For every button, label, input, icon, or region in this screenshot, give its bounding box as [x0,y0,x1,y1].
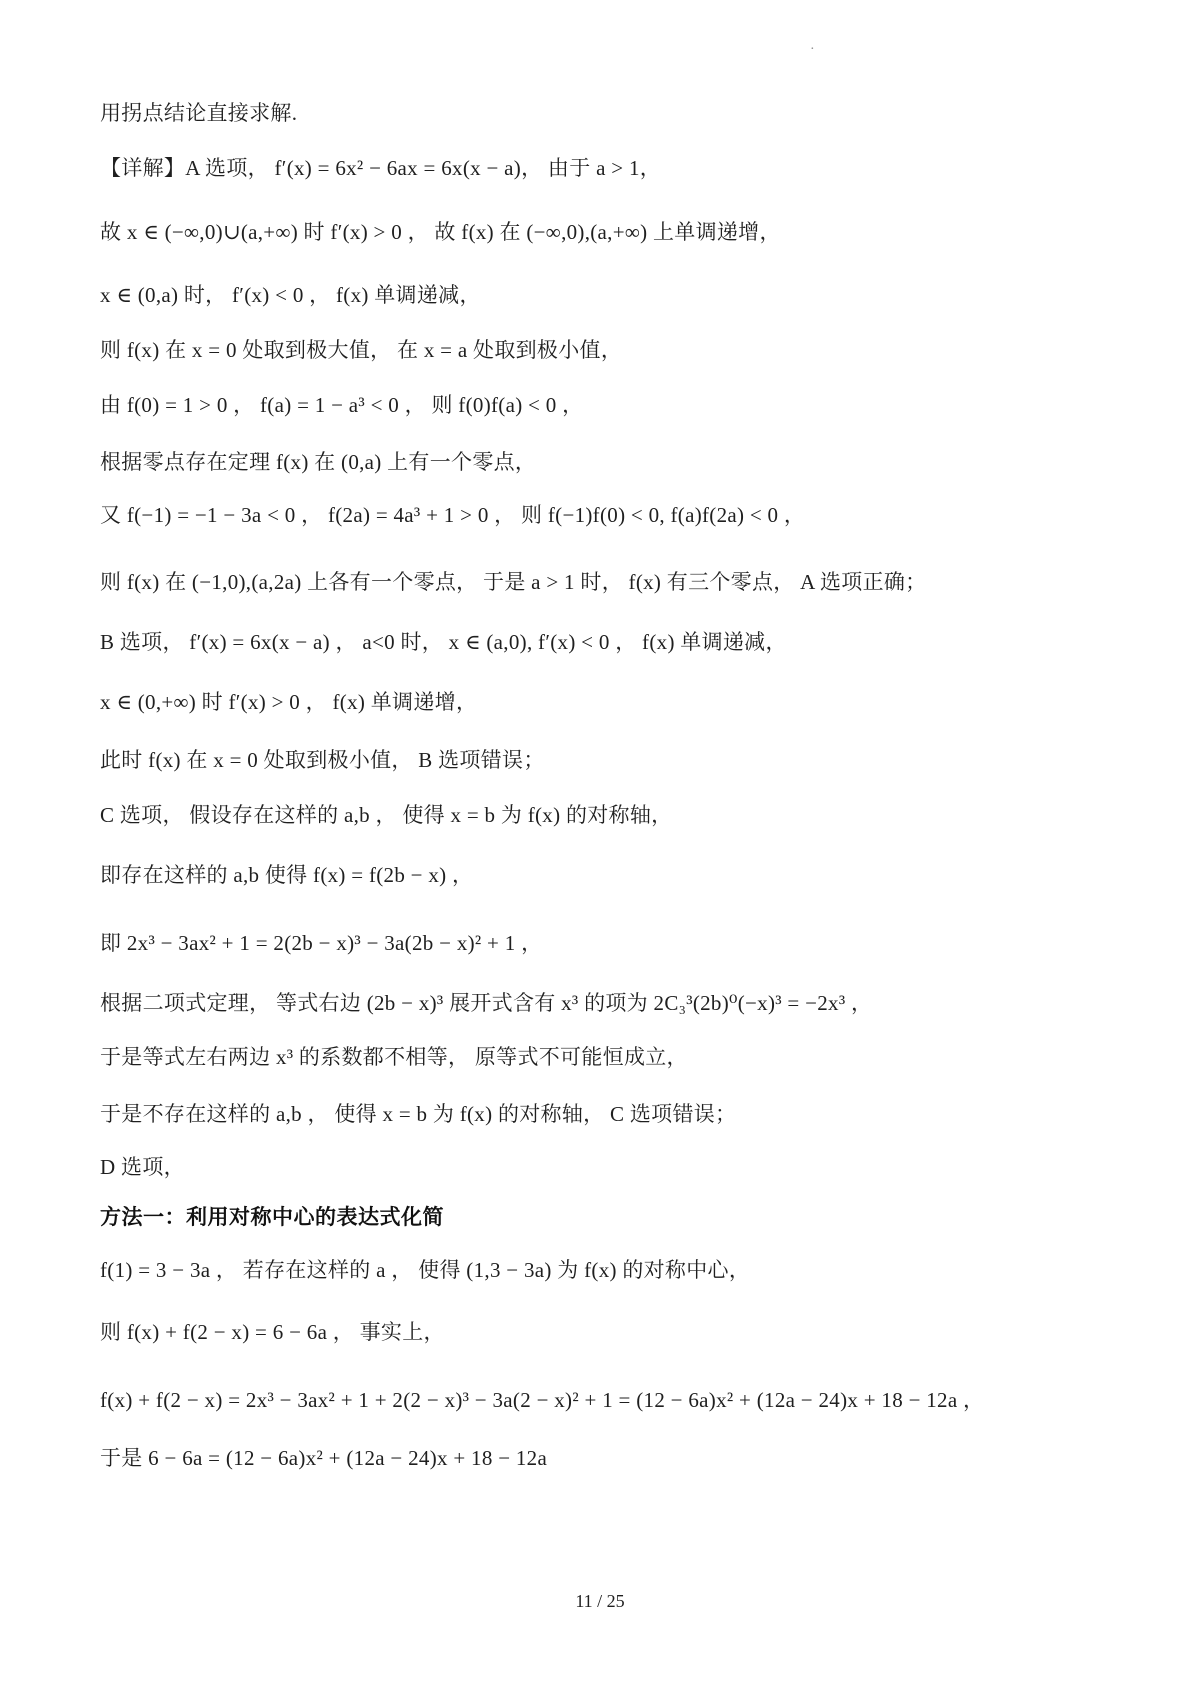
text-line: x ∈ (0,+∞) 时 f′(x) > 0 ， f(x) 单调递增， [100,688,1140,716]
text-line: 于是 6 − 6a = (12 − 6a)x² + (12a − 24)x + … [100,1444,1140,1472]
text-line: f(1) = 3 − 3a ， 若存在这样的 a ， 使得 (1,3 − 3a)… [100,1256,1140,1284]
text-line: 【详解】A 选项， f′(x) = 6x² − 6ax = 6x(x − a)，… [100,154,1140,182]
text-line: 于是不存在这样的 a,b ， 使得 x = b 为 f(x) 的对称轴， C 选… [100,1100,1140,1128]
text-line: 则 f(x) + f(2 − x) = 6 − 6a ， 事实上， [100,1318,1140,1346]
document-page: · 用拐点结论直接求解. 【详解】A 选项， f′(x) = 6x² − 6ax… [0,0,1200,1697]
page-number: 11 / 25 [0,1589,1200,1613]
text-line: 则 f(x) 在 (−1,0),(a,2a) 上各有一个零点， 于是 a > 1… [100,568,1140,596]
text-line: 即 2x³ − 3ax² + 1 = 2(2b − x)³ − 3a(2b − … [100,929,1140,957]
text-line: 根据零点存在定理 f(x) 在 (0,a) 上有一个零点， [100,448,1140,476]
text-line: x ∈ (0,a) 时， f′(x) < 0 ， f(x) 单调递减， [100,281,1140,309]
method-heading: 方法一：利用对称中心的表达式化简 [100,1204,1140,1232]
text-line: 此时 f(x) 在 x = 0 处取到极小值， B 选项错误； [100,746,1140,774]
text-line: D 选项， [100,1153,1140,1181]
text-line: 故 x ∈ (−∞,0)∪(a,+∞) 时 f′(x) > 0 ， 故 f(x)… [100,218,1140,246]
text-line: 即存在这样的 a,b 使得 f(x) = f(2b − x) ， [100,861,1140,889]
stray-dot-artifact: · [810,42,815,58]
text-line: 由 f(0) = 1 > 0 ， f(a) = 1 − a³ < 0 ， 则 f… [100,391,1140,419]
text-line: 又 f(−1) = −1 − 3a < 0 ， f(2a) = 4a³ + 1 … [100,501,1140,529]
text-line: 于是等式左右两边 x³ 的系数都不相等， 原等式不可能恒成立， [100,1043,1140,1071]
text-line: C 选项， 假设存在这样的 a,b ， 使得 x = b 为 f(x) 的对称轴… [100,801,1140,829]
text-line: f(x) + f(2 − x) = 2x³ − 3ax² + 1 + 2(2 −… [100,1386,1140,1414]
text-line: 用拐点结论直接求解. [100,99,1140,127]
text-line: 则 f(x) 在 x = 0 处取到极大值， 在 x = a 处取到极小值， [100,336,1140,364]
text-line: B 选项， f′(x) = 6x(x − a) ， a<0 时， x ∈ (a,… [100,628,1140,656]
text-line: 根据二项式定理， 等式右边 (2b − x)³ 展开式含有 x³ 的项为 2C₃… [100,989,1140,1017]
